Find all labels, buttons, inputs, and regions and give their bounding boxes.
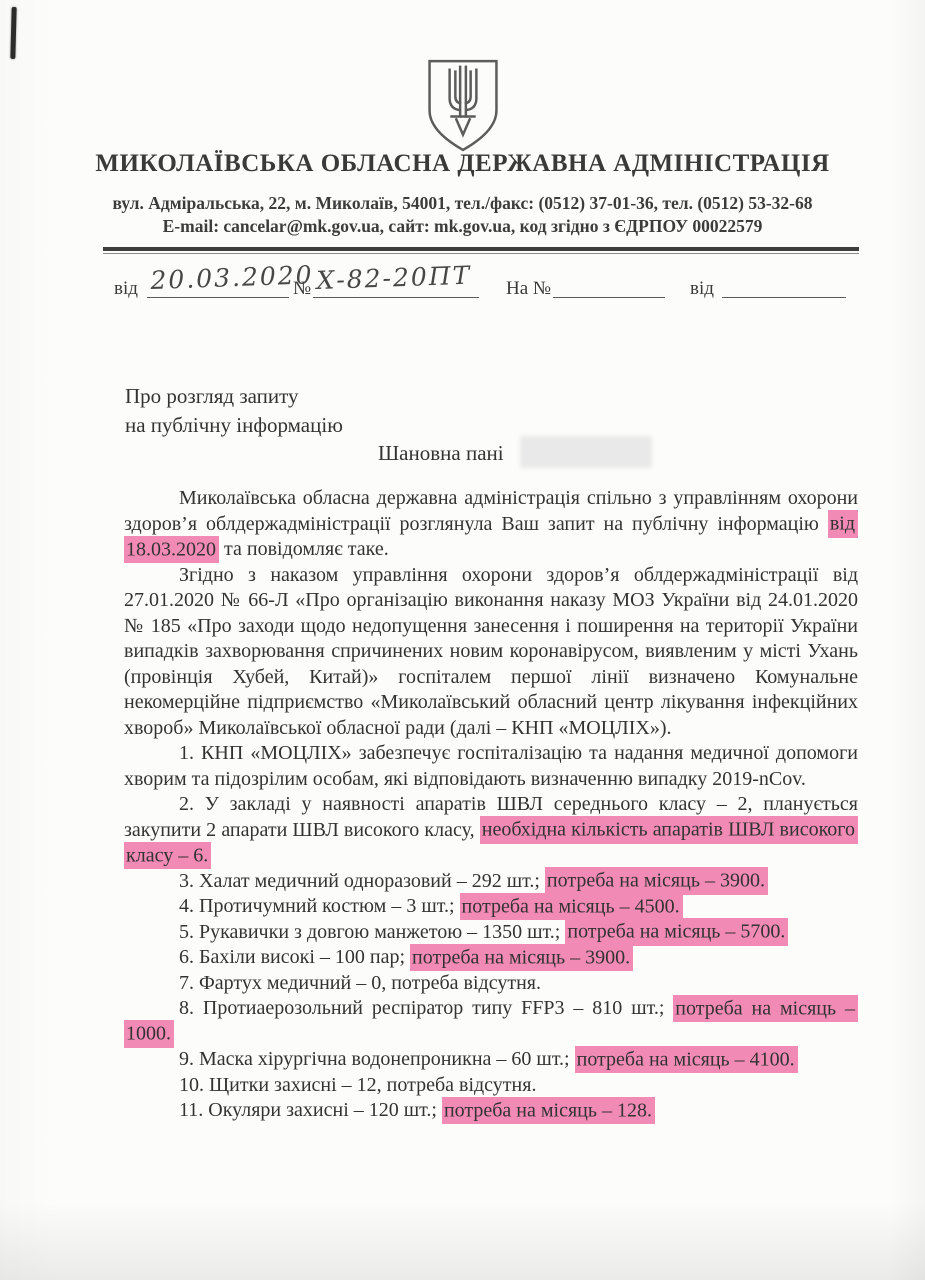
body-text: 11. Окуляри захисні – 120 шт.; (179, 1099, 442, 1121)
coat-of-arms-emblem (420, 58, 506, 159)
scan-pen-mark-artifact (10, 7, 16, 59)
body-text: Миколаївська обласна державна адміністра… (124, 487, 858, 535)
number-field: Х-82-20ПТ (313, 268, 479, 298)
handwritten-date: 20.03.2020 (150, 260, 314, 295)
body-text: 8. Протиаерозольний респіратор типу FFP3… (179, 997, 673, 1019)
subject-block: Про розгляд запиту на публічну інформаці… (125, 382, 343, 440)
date-field: 20.03.2020 (147, 268, 289, 298)
paragraph-2: Згідно з наказом управління охорони здор… (124, 563, 858, 742)
salutation: Шановна пані (378, 441, 504, 466)
paragraph-8: 6. Бахіли високі – 100 пар; потреба на м… (124, 945, 858, 971)
paragraph-9: 7. Фартух медичний – 0, потреба відсутня… (124, 971, 858, 997)
highlighted-text: потреба на місяць – 4100. (575, 1046, 798, 1074)
handwritten-number: Х-82-20ПТ (316, 261, 472, 295)
paragraph-12: 10. Щитки захисні – 12, потреба відсутня… (124, 1073, 858, 1099)
subject-line-1: Про розгляд запиту (125, 382, 343, 411)
body-text: 4. Протичумний костюм – 3 шт.; (179, 895, 460, 917)
body-text: 10. Щитки захисні – 12, потреба відсутня… (179, 1074, 536, 1096)
organization-address: вул. Адміральська, 22, м. Миколаїв, 5400… (0, 193, 925, 214)
organization-contact-line: E-mail: cancelar@mk.gov.ua, сайт: mk.gov… (0, 216, 925, 237)
paragraph-10: 8. Протиаерозольний респіратор типу FFP3… (124, 996, 858, 1047)
body-text: 6. Бахіли високі – 100 пар; (179, 946, 410, 968)
highlighted-text: потреба на місяць – 4500. (460, 893, 683, 921)
reference-line: від 20.03.2020 № Х-82-20ПТ На № від (0, 266, 925, 302)
reply-number-field (553, 268, 665, 298)
body-text: 5. Рукавички з довгою манжетою – 1350 шт… (179, 921, 565, 943)
body-text: та повідомляє таке. (219, 538, 389, 560)
paragraph-5: 3. Халат медичний одноразовий – 292 шт.;… (124, 869, 858, 895)
paragraph-11: 9. Маска хірургічна водонепроникна – 60 … (124, 1047, 858, 1073)
reply-date-label: від (690, 278, 714, 300)
highlighted-text: потреба на місяць – 5700. (565, 918, 788, 946)
paragraph-4: 2. У закладі у наявності апаратів ШВЛ се… (124, 792, 858, 869)
paragraph-13: 11. Окуляри захисні – 120 шт.; потреба н… (124, 1098, 858, 1124)
paragraph-6: 4. Протичумний костюм – 3 шт.; потреба н… (124, 894, 858, 920)
body-text: 7. Фартух медичний – 0, потреба відсутня… (179, 972, 541, 994)
paragraph-1: Миколаївська обласна державна адміністра… (124, 486, 858, 563)
body-text: Згідно з наказом управління охорони здор… (124, 564, 858, 739)
ukraine-trident-icon (420, 58, 506, 154)
subject-line-2: на публічну інформацію (125, 411, 343, 440)
highlighted-text: потреба на місяць – 3900. (410, 944, 633, 972)
body-text: 3. Халат медичний одноразовий – 292 шт.; (179, 870, 545, 892)
header-divider-rule (103, 247, 859, 254)
date-from-label: від (114, 278, 138, 300)
paragraph-7: 5. Рукавички з довгою манжетою – 1350 шт… (124, 920, 858, 946)
redacted-name-box (520, 436, 652, 468)
reply-date-field (722, 268, 846, 298)
body-text: 9. Маска хірургічна водонепроникна – 60 … (179, 1048, 575, 1070)
body-text: 1. КНП «МОЦЛІХ» забезпечує госпіталізаці… (124, 742, 858, 790)
organization-title: МИКОЛАЇВСЬКА ОБЛАСНА ДЕРЖАВНА АДМІНІСТРА… (0, 150, 925, 178)
number-label: № (293, 278, 311, 300)
reply-number-label: На № (506, 278, 551, 300)
letter-body: Миколаївська обласна державна адміністра… (124, 486, 858, 1124)
highlighted-text: потреба на місяць – 3900. (545, 867, 768, 895)
scanned-letter-page: МИКОЛАЇВСЬКА ОБЛАСНА ДЕРЖАВНА АДМІНІСТРА… (0, 0, 925, 1280)
paragraph-3: 1. КНП «МОЦЛІХ» забезпечує госпіталізаці… (124, 741, 858, 792)
highlighted-text: потреба на місяць – 128. (442, 1097, 655, 1125)
